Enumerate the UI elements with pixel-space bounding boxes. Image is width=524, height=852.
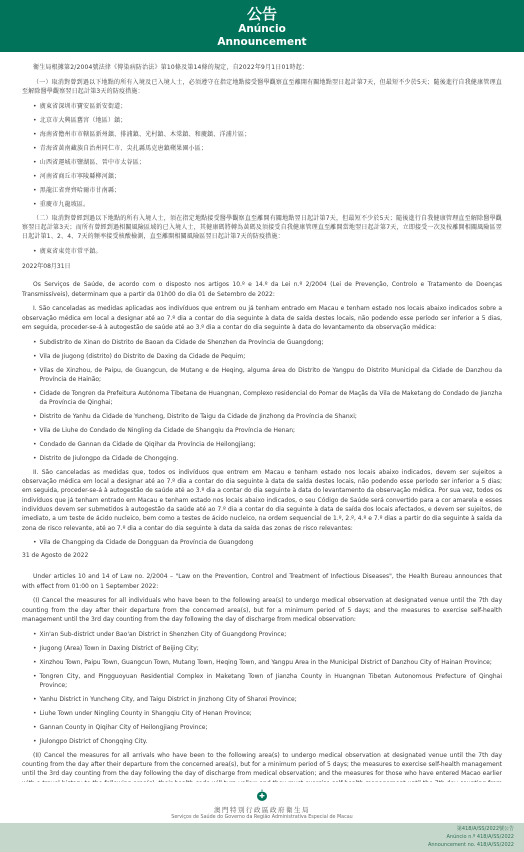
list-item: •重慶市九龍坡區。 bbox=[33, 200, 502, 209]
place-text: 廣東省深圳市寶安區新安街道； bbox=[40, 102, 127, 111]
bullet-icon: • bbox=[33, 672, 37, 681]
place-text: Cidade de Tongren da Prefeitura Autónoma… bbox=[40, 389, 502, 407]
place-text: 河南省商丘市寧陵縣柳河鎮； bbox=[40, 172, 121, 181]
place-text: 廣東省東莞市常平鎮。 bbox=[40, 247, 102, 256]
page-footer: 澳門特別行政區政府衛生局 Serviços de Saúde do Govern… bbox=[0, 787, 524, 852]
zh-item2-paragraph: （二）取消對曾經到過以下地點的所有入境人士，須在指定地點接受醫學觀察直至離開有關… bbox=[22, 214, 502, 242]
place-text: 海南省儋州市市轄區新州鎮、排浦鎮、光村鎮、木棠鎮、和慶鎮、洋浦片區； bbox=[40, 130, 251, 139]
place-text: Liuhe Town under Ningling County in Shan… bbox=[40, 709, 252, 718]
bullet-icon: • bbox=[33, 644, 37, 653]
page-title-pt: Anúncio bbox=[0, 23, 524, 36]
list-item: •Vila de Liuhe do Condado de Ningling da… bbox=[33, 426, 502, 435]
bullet-icon: • bbox=[33, 658, 37, 667]
place-text: Subdistrito de Xinan do Distrito de Baoa… bbox=[40, 338, 324, 347]
bullet-icon: • bbox=[33, 144, 37, 153]
place-text: 青海省黃南藏族自治州同仁市、尖扎縣馬克唐鎮蘋果園小區； bbox=[40, 144, 207, 153]
bullet-icon: • bbox=[33, 426, 37, 435]
place-text: Condado de Gannan da Cidade de Qiqihar d… bbox=[40, 440, 256, 449]
section-portuguese: Os Serviços de Saúde, de acordo com o di… bbox=[22, 280, 502, 559]
bullet-icon: • bbox=[33, 158, 37, 167]
bullet-icon: • bbox=[33, 440, 37, 449]
place-text: 北京市大興區舊宮（地區）鎮； bbox=[40, 116, 127, 125]
en-item1-paragraph: (I) Cancel the measures for all individu… bbox=[22, 596, 502, 624]
doc-number-en: Announcement no. 418/A/SS/2022 bbox=[0, 842, 514, 850]
list-item: •Tongren City, and Pingguoyuan Residenti… bbox=[33, 672, 502, 690]
list-item: •Vila de Jiugong (distrito) do Distrito … bbox=[33, 352, 502, 361]
bullet-icon: • bbox=[33, 186, 37, 195]
list-item: •Vilas de Xinzhou, de Paipu, de Guangcun… bbox=[33, 366, 502, 384]
org-name-zh: 澳門特別行政區政府衛生局 bbox=[0, 806, 524, 814]
section-chinese: 衛生局根據第2/2004號法律《傳染病防治法》第10條及第14條的規定，自202… bbox=[22, 63, 502, 270]
bullet-icon: • bbox=[33, 172, 37, 181]
bullet-icon: • bbox=[33, 695, 37, 704]
list-item: •海南省儋州市市轄區新州鎮、排浦鎮、光村鎮、木棠鎮、和慶鎮、洋浦片區； bbox=[33, 130, 502, 139]
bullet-icon: • bbox=[33, 709, 37, 718]
bullet-icon: • bbox=[33, 723, 37, 732]
place-text: 黑龍江省齊齊哈爾市甘南縣； bbox=[40, 186, 121, 195]
place-text: Distrito de Yanhu da Cidade de Yuncheng,… bbox=[40, 412, 357, 421]
list-item: •Subdistrito de Xinan do Distrito de Bao… bbox=[33, 338, 502, 347]
page-title-zh: 公告 bbox=[0, 5, 524, 23]
announcement-page: 公告 Anúncio Announcement 衛生局根據第2/2004號法律《… bbox=[0, 0, 524, 852]
list-item: •黑龍江省齊齊哈爾市甘南縣； bbox=[33, 186, 502, 195]
pt-date: 31 de Agosto de 2022 bbox=[22, 552, 502, 559]
list-item: •Jiugong (Area) Town in Daxing District … bbox=[33, 644, 502, 653]
list-item: •Xin'an Sub-district under Bao'an Distri… bbox=[33, 630, 502, 639]
list-item: •Cidade de Tongren da Prefeitura Autónom… bbox=[33, 389, 502, 407]
bullet-icon: • bbox=[33, 338, 37, 347]
bullet-icon: • bbox=[33, 412, 37, 421]
list-item: •山西省運城市鹽湖區、晉中市太谷區； bbox=[33, 158, 502, 167]
zh-intro-paragraph: 衛生局根據第2/2004號法律《傳染病防治法》第10條及第14條的規定，自202… bbox=[22, 63, 502, 72]
place-text: Xin'an Sub-district under Bao'an Distric… bbox=[40, 630, 287, 639]
place-text: Gannan County in Qiqihar City of Heilong… bbox=[40, 723, 208, 732]
pt-item1-paragraph: I. São canceladas as medidas aplicadas a… bbox=[22, 304, 502, 332]
health-bureau-logo-block: 澳門特別行政區政府衛生局 Serviços de Saúde do Govern… bbox=[0, 787, 524, 821]
list-item: •Condado de Gannan da Cidade de Qiqihar … bbox=[33, 440, 502, 449]
place-text: 重慶市九龍坡區。 bbox=[40, 200, 90, 209]
bullet-icon: • bbox=[33, 116, 37, 125]
bullet-icon: • bbox=[33, 247, 37, 256]
place-text: Jiulongpo District of Chongqing City. bbox=[40, 737, 148, 746]
place-text: Vilas de Xinzhou, de Paipu, de Guangcun,… bbox=[40, 366, 502, 384]
org-name-pt: Serviços de Saúde do Governo da Região A… bbox=[0, 815, 524, 821]
place-text: Vila de Liuhe do Condado de Ningling da … bbox=[40, 426, 296, 435]
list-item: •Vila de Changping da Cidade de Dongguan… bbox=[33, 538, 502, 547]
place-text: Vila de Jiugong (distrito) do Distrito d… bbox=[40, 352, 246, 361]
pt-item2-paragraph: II. São canceladas as medidas que, todos… bbox=[22, 468, 502, 533]
document-number-band: 第418/A/SS/2022號公告 Anúncio n.º 418/A/SS/2… bbox=[0, 823, 524, 852]
doc-number-pt: Anúncio n.º 418/A/SS/2022 bbox=[0, 834, 514, 842]
list-item: •Xinzhou Town, Paipu Town, Guangcun Town… bbox=[33, 658, 502, 667]
place-text: Vila de Changping da Cidade de Dongguan … bbox=[40, 538, 254, 547]
place-text: 山西省運城市鹽湖區、晉中市太谷區； bbox=[40, 158, 145, 167]
list-item: •廣東省深圳市寶安區新安街道； bbox=[33, 102, 502, 111]
list-item: •青海省黃南藏族自治州同仁市、尖扎縣馬克唐鎮蘋果園小區； bbox=[33, 144, 502, 153]
list-item: •Gannan County in Qiqihar City of Heilon… bbox=[33, 723, 502, 732]
en-item1-list: •Xin'an Sub-district under Bao'an Distri… bbox=[22, 630, 502, 746]
zh-item1-paragraph: （一）取消對曾到過以下地點的所有入境及已入境人士，必須遵守在指定地點接受醫學觀察… bbox=[22, 78, 502, 97]
list-item: •Distrito de Yanhu da Cidade de Yuncheng… bbox=[33, 412, 502, 421]
bullet-icon: • bbox=[33, 200, 37, 209]
pt-intro-paragraph: Os Serviços de Saúde, de acordo com o di… bbox=[22, 280, 502, 299]
place-text: Tongren City, and Pingguoyuan Residentia… bbox=[40, 672, 502, 690]
zh-date: 2022年08月31日 bbox=[22, 261, 502, 270]
bullet-icon: • bbox=[33, 538, 37, 547]
en-item2-paragraph: (II) Cancel the measures for all arrival… bbox=[22, 751, 502, 782]
bullet-icon: • bbox=[33, 737, 37, 746]
bullet-icon: • bbox=[33, 454, 37, 463]
list-item: •北京市大興區舊宮（地區）鎮； bbox=[33, 116, 502, 125]
bullet-icon: • bbox=[33, 630, 37, 639]
bullet-icon: • bbox=[33, 389, 37, 398]
page-title-en: Announcement bbox=[0, 36, 524, 49]
list-item: •Distrito de Jiulongpo da Cidade de Chon… bbox=[33, 454, 502, 463]
place-text: Jiugong (Area) Town in Daxing District o… bbox=[40, 644, 199, 653]
place-text: Xinzhou Town, Paipu Town, Guangcun Town,… bbox=[40, 658, 492, 667]
section-english: Under articles 10 and 14 of Law no. 2/20… bbox=[22, 572, 502, 782]
list-item: •Yanhu District in Yuncheng City, and Ta… bbox=[33, 695, 502, 704]
bullet-icon: • bbox=[33, 102, 37, 111]
announcement-body: 衛生局根據第2/2004號法律《傳染病防治法》第10條及第14條的規定，自202… bbox=[0, 52, 524, 782]
health-bureau-logo-icon bbox=[255, 787, 269, 801]
list-item: •廣東省東莞市常平鎮。 bbox=[33, 247, 502, 256]
list-item: •河南省商丘市寧陵縣柳河鎮； bbox=[33, 172, 502, 181]
bullet-icon: • bbox=[33, 130, 37, 139]
pt-item1-list: •Subdistrito de Xinan do Distrito de Bao… bbox=[22, 338, 502, 463]
pt-item2-list: •Vila de Changping da Cidade de Dongguan… bbox=[22, 538, 502, 547]
place-text: Distrito de Jiulongpo da Cidade de Chong… bbox=[40, 454, 179, 463]
en-intro-paragraph: Under articles 10 and 14 of Law no. 2/20… bbox=[22, 572, 502, 591]
zh-item2-list: •廣東省東莞市常平鎮。 bbox=[22, 247, 502, 256]
header-banner: 公告 Anúncio Announcement bbox=[0, 0, 524, 52]
zh-item1-list: •廣東省深圳市寶安區新安街道；•北京市大興區舊宮（地區）鎮；•海南省儋州市市轄區… bbox=[22, 102, 502, 209]
bullet-icon: • bbox=[33, 352, 37, 361]
list-item: •Liuhe Town under Ningling County in Sha… bbox=[33, 709, 502, 718]
doc-number-zh: 第418/A/SS/2022號公告 bbox=[0, 826, 514, 834]
place-text: Yanhu District in Yuncheng City, and Tai… bbox=[40, 695, 297, 704]
list-item: •Jiulongpo District of Chongqing City. bbox=[33, 737, 502, 746]
bullet-icon: • bbox=[33, 366, 37, 375]
